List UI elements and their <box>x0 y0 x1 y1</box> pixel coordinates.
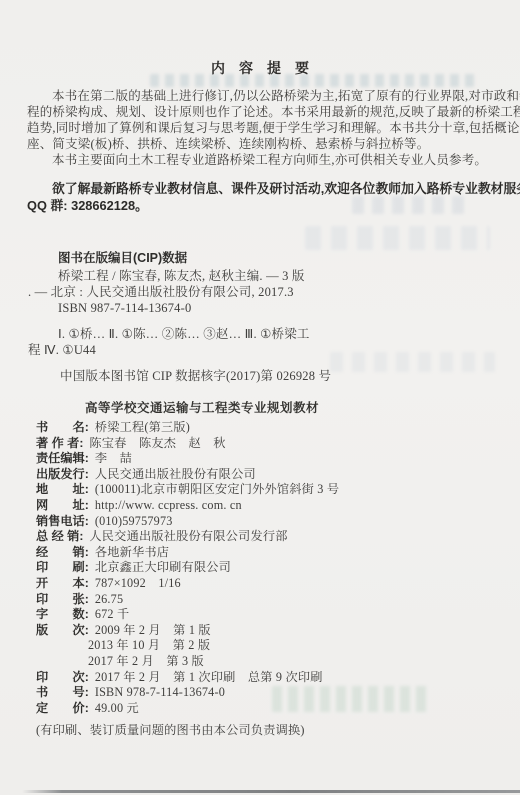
colophon-row: 书 号: ISBN 978-7-114-13674-0 <box>27 685 507 701</box>
colophon-row: 经 销: 各地新华书店 <box>27 545 507 561</box>
colophon-value: 49.00 元 <box>95 701 139 717</box>
colophon-row: 定 价: 49.00 元 <box>27 701 507 717</box>
colophon-value: ISBN 978-7-114-13674-0 <box>95 685 225 701</box>
colophon-row: 印 次: 2017 年 2 月 第 1 次印刷 总第 9 次印刷 <box>27 670 507 686</box>
cip-line: 桥梁工程 / 陈宝春, 陈友杰, 赵秋主编. — 3 版 <box>58 268 493 284</box>
teacher-notice: 欲了解最新路桥专业教材信息、课件及研讨活动,欢迎各位教师加入路桥专业教材服务QQ… <box>27 181 493 214</box>
content-summary: 本书在第二版的基础上进行修订,仍以公路桥梁为主,拓宽了原有的行业界限,对市政和铁… <box>27 88 493 168</box>
summary-line: 本书在第二版的基础上进行修订,仍以公路桥梁为主,拓宽了原有的行业界限,对市政和铁… <box>27 88 493 104</box>
colophon-value: 672 千 <box>95 607 130 623</box>
series-title: 高等学校交通运输与工程类专业规划教材 <box>85 398 319 416</box>
page-bottom-edge <box>22 790 520 793</box>
colophon-value: 李 喆 <box>95 451 132 467</box>
colophon-row: 2013 年 10 月 第 2 版 <box>27 638 507 654</box>
colophon-label: 出版发行: <box>36 467 89 483</box>
colophon-label <box>36 654 82 670</box>
colophon-row: 出版发行: 人民交通出版社股份有限公司 <box>27 467 507 483</box>
colophon-row: 2017 年 2 月 第 3 版 <box>27 654 507 670</box>
cip-line: 程 Ⅳ. ①U44 <box>28 342 493 358</box>
colophon-label: 印 刷: <box>36 560 89 576</box>
colophon-value: 2017 年 2 月 第 1 次印刷 总第 9 次印刷 <box>95 670 323 686</box>
colophon-row: 版 次: 2009 年 2 月 第 1 版 <box>27 623 507 639</box>
colophon-label: 地 址: <box>36 482 89 498</box>
colophon-label: 定 价: <box>36 701 89 717</box>
notice-line: QQ 群: 328662128。 <box>27 198 493 215</box>
colophon-label: 经 销: <box>36 545 89 561</box>
colophon-row: 地 址: (100011)北京市朝阳区安定门外外馆斜街 3 号 <box>27 482 507 498</box>
colophon-value: 2013 年 10 月 第 2 版 <box>88 638 210 654</box>
book-copyright-page: 内 容 提 要 本书在第二版的基础上进行修订,仍以公路桥梁为主,拓宽了原有的行业… <box>0 0 520 795</box>
colophon-row: 责任编辑: 李 喆 <box>27 451 507 467</box>
colophon-row: 销售电话: (010)59757973 <box>27 514 507 530</box>
colophon-row: 印 刷: 北京鑫正大印刷有限公司 <box>27 560 507 576</box>
colophon-row: 印 张: 26.75 <box>27 592 507 608</box>
colophon-row: 书 名: 桥梁工程(第三版) <box>27 420 507 436</box>
colophon-label: 版 次: <box>36 623 89 639</box>
colophon-label: 开 本: <box>36 576 89 592</box>
notice-line: 欲了解最新路桥专业教材信息、课件及研讨活动,欢迎各位教师加入路桥专业教材服务 <box>27 181 493 198</box>
content-summary-heading: 内 容 提 要 <box>27 58 493 78</box>
colophon-label: 书 名: <box>36 420 89 436</box>
colophon-row: 著 作 者: 陈宝春 陈友杰 赵 秋 <box>27 436 507 452</box>
colophon-label: 字 数: <box>36 607 89 623</box>
colophon-value: 陈宝春 陈友杰 赵 秋 <box>89 436 225 452</box>
colophon-label: 印 次: <box>36 670 89 686</box>
colophon-value: 桥梁工程(第三版) <box>95 420 190 436</box>
colophon-value: 2017 年 2 月 第 3 版 <box>88 654 204 670</box>
colophon-value: 787×1092 1/16 <box>95 576 181 592</box>
colophon-value: http://www. ccpress. com. cn <box>95 498 242 514</box>
colophon-label: 网 址: <box>36 498 89 514</box>
colophon-value: 26.75 <box>95 592 123 608</box>
cip-line: 中国版本图书馆 CIP 数据核字(2017)第 026928 号 <box>60 368 493 384</box>
colophon-value: 北京鑫正大印刷有限公司 <box>95 560 231 576</box>
colophon-label: 书 号: <box>36 685 89 701</box>
colophon-value: (100011)北京市朝阳区安定门外外馆斜街 3 号 <box>95 482 339 498</box>
colophon-label: 销售电话: <box>36 514 89 530</box>
colophon-label: 著 作 者: <box>36 436 83 452</box>
colophon-value: 2009 年 2 月 第 1 版 <box>95 623 211 639</box>
colophon-table: 书 名: 桥梁工程(第三版) 著 作 者: 陈宝春 陈友杰 赵 秋 责任编辑: … <box>27 420 507 716</box>
cip-line: Ⅰ. ①桥… Ⅱ. ①陈… ②陈… ③赵… Ⅲ. ①桥梁工 <box>58 326 493 342</box>
summary-line: 座、简支梁(板)桥、拱桥、连续梁桥、连续刚构桥、悬索桥与斜拉桥等。 <box>27 136 493 152</box>
colophon-label: 总 经 销: <box>36 529 83 545</box>
summary-line: 程的桥梁构成、规划、设计原则也作了论述。本书采用最新的规范,反映了最新的桥梁工程… <box>27 104 493 120</box>
colophon-value: 人民交通出版社股份有限公司 <box>95 467 256 483</box>
colophon-label <box>36 638 82 654</box>
cip-line: . — 北京 : 人民交通出版社股份有限公司, 2017.3 <box>28 284 493 300</box>
colophon-row: 总 经 销: 人民交通出版社股份有限公司发行部 <box>27 529 507 545</box>
summary-line: 本书主要面向土木工程专业道路桥梁工程方向师生,亦可供相关专业人员参考。 <box>27 152 493 168</box>
cip-heading: 图书在版编目(CIP)数据 <box>58 248 187 266</box>
colophon-label: 印 张: <box>36 592 89 608</box>
show-through-artifact <box>305 226 490 250</box>
colophon-value: (010)59757973 <box>95 514 173 530</box>
colophon-value: 人民交通出版社股份有限公司发行部 <box>89 529 287 545</box>
colophon-value: 各地新华书店 <box>95 545 169 561</box>
colophon-label: 责任编辑: <box>36 451 89 467</box>
cip-line: ISBN 987-7-114-13674-0 <box>58 300 493 316</box>
summary-line: 趋势,同时增加了算例和课后复习与思考题,便于学生学习和理解。本书共分十章,包括概… <box>27 120 493 136</box>
colophon-row: 开 本: 787×1092 1/16 <box>27 576 507 592</box>
quality-footnote: (有印刷、装订质量问题的图书由本公司负责调换) <box>36 721 305 738</box>
colophon-row: 字 数: 672 千 <box>27 607 507 623</box>
cip-record: 桥梁工程 / 陈宝春, 陈友杰, 赵秋主编. — 3 版. — 北京 : 人民交… <box>27 268 493 384</box>
colophon-row: 网 址: http://www. ccpress. com. cn <box>27 498 507 514</box>
